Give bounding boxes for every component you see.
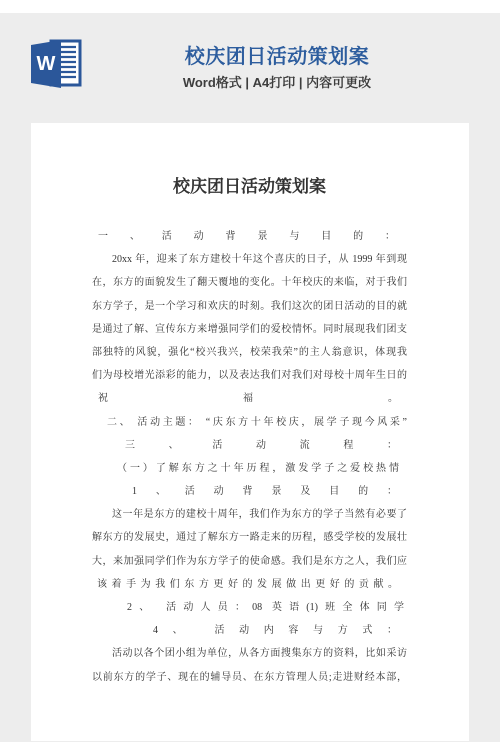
header-text: 校庆团日活动策划案 Word格式 | A4打印 | 内容可更改 <box>84 38 470 92</box>
template-preview: W 校庆团日活动策划案 Word格式 | A4打印 | 内容可更改 校庆团日活动… <box>0 0 500 750</box>
document-line: 1、活动背景及目的： <box>92 480 407 503</box>
document-page: 校庆团日活动策划案 一、活动背景与目的：20xx 年，迎来了东方建校十年这个喜庆… <box>31 123 469 741</box>
header: W 校庆团日活动策划案 Word格式 | A4打印 | 内容可更改 <box>0 13 500 123</box>
document-line: （一）了解东方之十年历程，激发学子之爱校热情 <box>92 457 407 480</box>
gray-band: W 校庆团日活动策划案 Word格式 | A4打印 | 内容可更改 校庆团日活动… <box>0 13 500 742</box>
document-line: 一、活动背景与目的： <box>92 225 407 248</box>
document-line: 4、 活动内容与方式： <box>92 619 407 642</box>
document-body: 一、活动背景与目的：20xx 年，迎来了东方建校十年这个喜庆的日子，从 1999… <box>92 225 407 689</box>
document-line: 大，来加强同学们作为东方学子的使命感。我们是东方之人，我们应 <box>92 550 407 573</box>
document-line: 以前东方的学子、现在的辅导员、在东方管理人员;走进财经本部， <box>92 666 407 689</box>
document-line: 们为母校增光添彩的能力，以及表达我们对我们对母校十周年生日的 <box>92 364 407 387</box>
document-line: 部独特的风貌，强化“校兴我兴，校荣我荣”的主人翁意识，体现我 <box>92 341 407 364</box>
word-icon-letter: W <box>37 53 56 75</box>
document-line: 在，东方的面貌发生了翻天覆地的变化。十年校庆的来临，对于我们 <box>92 271 407 294</box>
document-line: 东方学子，是一个学习和欢庆的时刻。我们这次的团日活动的目的就 <box>92 295 407 318</box>
document-line: 活动以各个团小组为单位，从各方面搜集东方的资料，比如采访 <box>92 642 407 665</box>
template-title: 校庆团日活动策划案 <box>84 44 470 71</box>
document-line: 是通过了解、宣传东方来增强同学们的爱校情怀。同时展现我们团支 <box>92 318 407 341</box>
document-line: 三、活动流程： <box>92 434 407 457</box>
document-title: 校庆团日活动策划案 <box>92 123 407 199</box>
document-line: 20xx 年，迎来了东方建校十年这个喜庆的日子，从 1999 年到现 <box>92 248 407 271</box>
document-line: 这一年是东方的建校十周年，我们作为东方的学子当然有必要了 <box>92 503 407 526</box>
document-line: 祝福。 <box>92 387 407 410</box>
document-line: 解东方的发展史，通过了解东方一路走来的历程，感受学校的发展壮 <box>92 526 407 549</box>
word-icon-graphic: W <box>30 38 84 90</box>
word-file-icon: W <box>30 38 84 90</box>
template-subtitle: Word格式 | A4打印 | 内容可更改 <box>84 73 470 92</box>
document-line: 该着手为我们东方更好的发展做出更好的贡献。 <box>92 573 407 596</box>
document-line: 二、 活动主题： “庆东方十年校庆，展学子现今风采” <box>92 411 407 434</box>
document-line: 2、 活动人员：08 英语(1)班全体同学 <box>92 596 407 619</box>
